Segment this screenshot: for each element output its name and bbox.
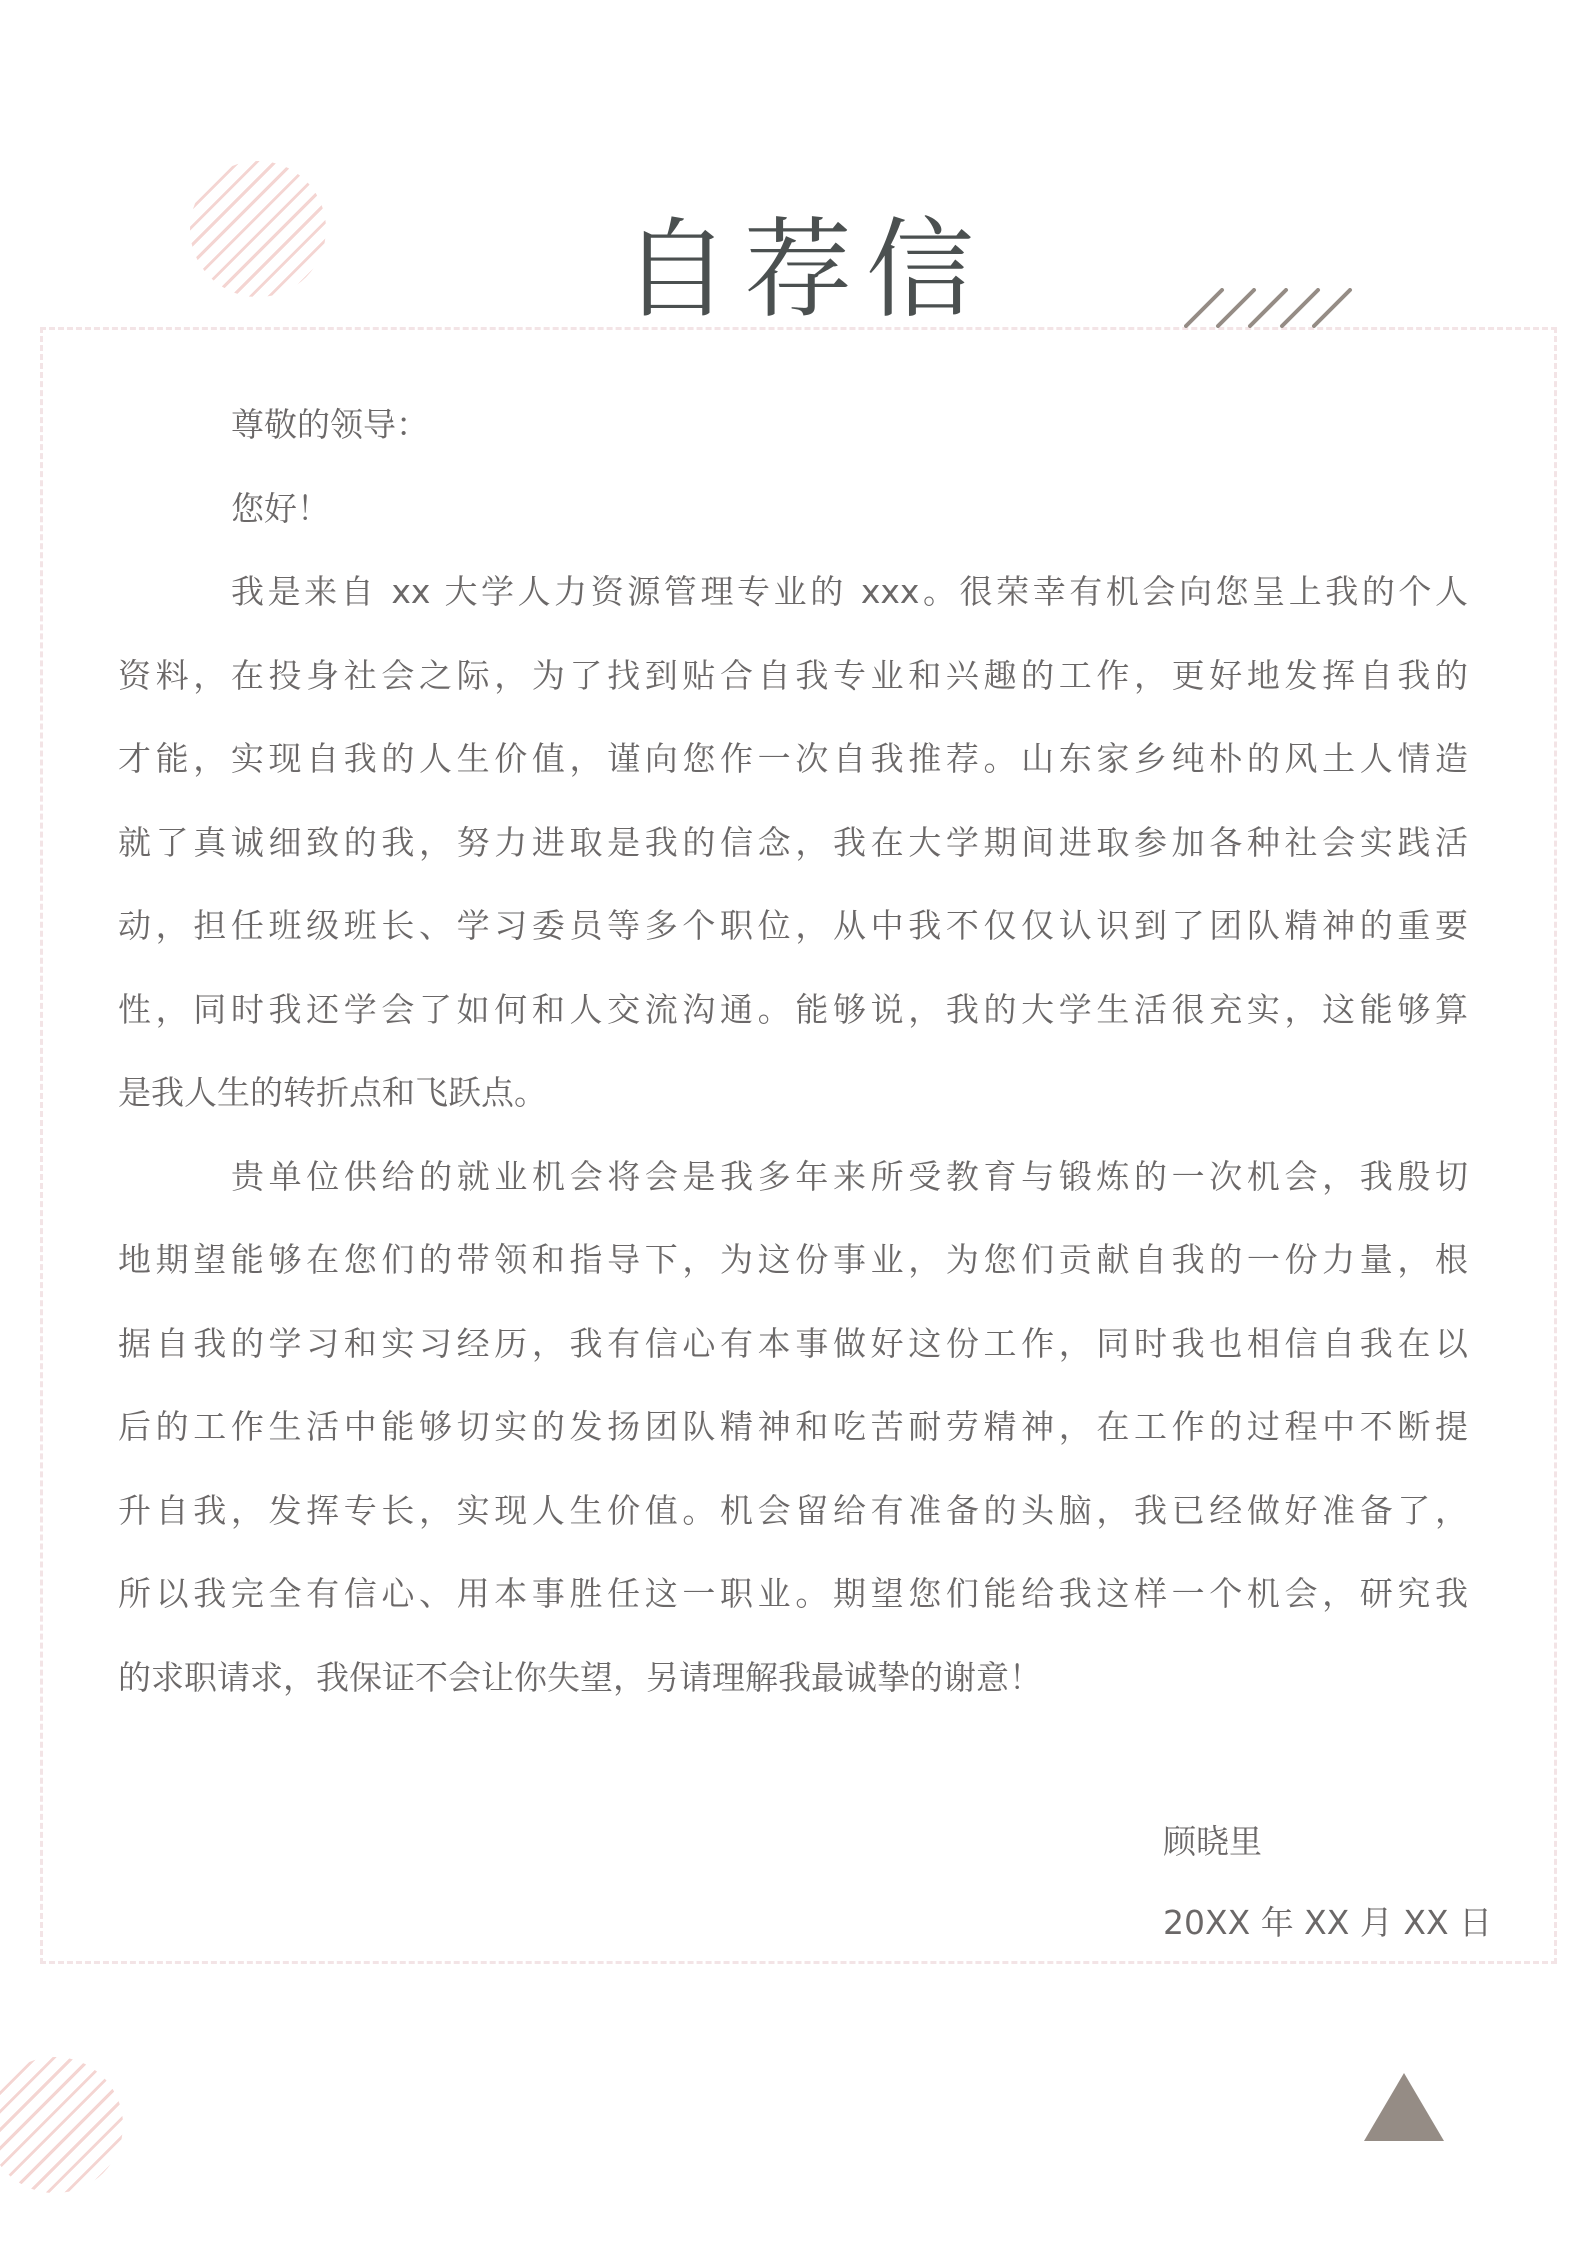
page-title: 自荐信	[622, 206, 992, 336]
paragraph-line: 就了真诚细致的我，努力进取是我的信念，我在大学期间进取参加各种社会实践活	[118, 823, 1468, 863]
paragraph-line: 动，担任班级班长、学习委员等多个职位，从中我不仅仅认识到了团队精神的重要	[118, 906, 1468, 946]
paragraph-line: 据自我的学习和实习经历，我有信心有本事做好这份工作，同时我也相信自我在以	[118, 1324, 1468, 1364]
paragraph-line: 是我人生的转折点和飞跃点。	[118, 1073, 547, 1113]
salutation: 尊敬的领导：	[231, 405, 429, 445]
paragraph-line: 所以我完全有信心、用本事胜任这一职业。期望您们能给我这样一个机会，研究我	[118, 1574, 1468, 1614]
paragraph-line: 的求职请求，我保证不会让你失望，另请理解我最诚挚的谢意！	[118, 1658, 1042, 1698]
paragraph-line: 地期望能够在您们的带领和指导下，为这份事业，为您们贡献自我的一份力量，根	[118, 1240, 1468, 1280]
diagonal-slashes-icon	[1184, 288, 1354, 328]
paragraph-line: 我是来自 xx 大学人力资源管理专业的 xxx。很荣幸有机会向您呈上我的个人	[231, 572, 1468, 612]
paragraph-line: 资料，在投身社会之际，为了找到贴合自我专业和兴趣的工作，更好地发挥自我的	[118, 656, 1468, 696]
greeting: 您好！	[231, 489, 330, 529]
signature-name: 顾晓里	[1163, 1822, 1262, 1862]
paragraph-line: 性，同时我还学会了如何和人交流沟通。能够说，我的大学生活很充实，这能够算	[118, 990, 1468, 1030]
paragraph-line: 才能，实现自我的人生价值，谨向您作一次自我推荐。山东家乡纯朴的风土人情造	[118, 739, 1468, 779]
triangle-icon	[1364, 2073, 1444, 2141]
striped-circle-icon	[190, 161, 326, 297]
paragraph-line: 贵单位供给的就业机会将会是我多年来所受教育与锻炼的一次机会，我殷切	[231, 1157, 1468, 1197]
paragraph-line: 后的工作生活中能够切实的发扬团队精神和吃苦耐劳精神，在工作的过程中不断提	[118, 1407, 1468, 1447]
paragraph-line: 升自我，发挥专长，实现人生价值。机会留给有准备的头脑，我已经做好准备了，	[118, 1491, 1468, 1531]
striped-circle-icon	[0, 2057, 123, 2193]
signature-date: 20XX 年 XX 月 XX 日	[1163, 1903, 1492, 1943]
